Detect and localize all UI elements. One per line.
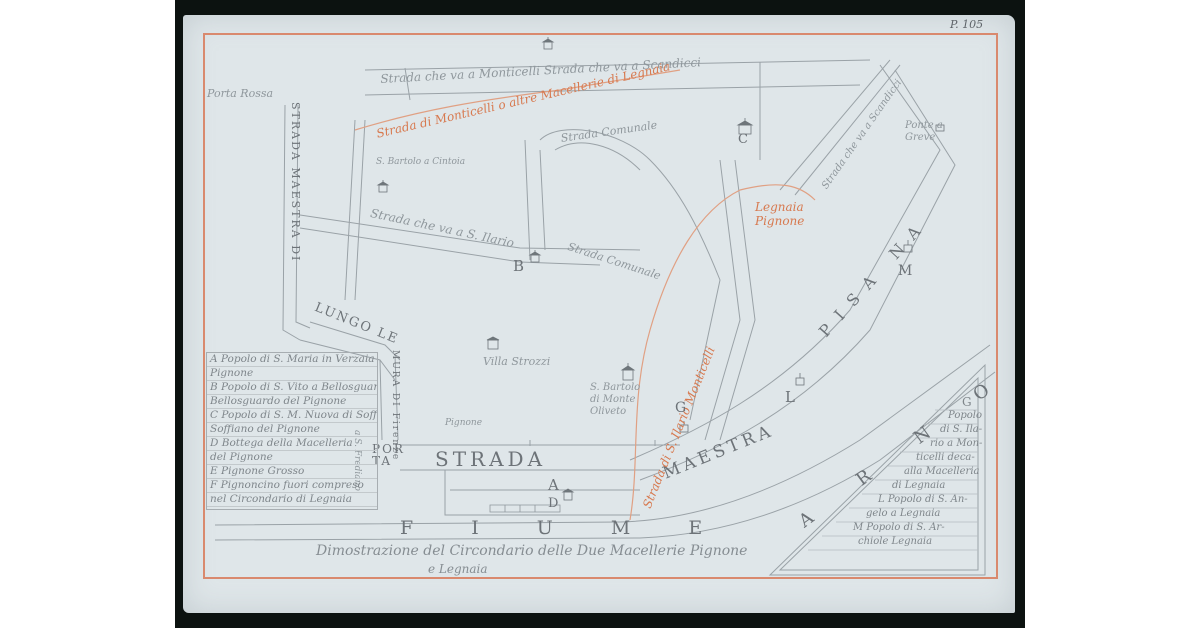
legend-row: chiole Legnaia bbox=[858, 536, 932, 547]
church-icon-b bbox=[530, 250, 540, 262]
map-letter-g: G bbox=[675, 400, 688, 416]
legend-row: G bbox=[962, 395, 972, 409]
label-strada: STRADA bbox=[435, 447, 546, 471]
legend-row: A Popolo di S. Maria in Verzaia del Pign… bbox=[207, 353, 377, 367]
legend-row: di Legnaia bbox=[892, 480, 945, 491]
legend-row: gelo a Legnaia bbox=[866, 508, 940, 519]
legend-row: ticelli deca- bbox=[916, 452, 975, 463]
legend-row: M Popolo di S. Ar- bbox=[853, 522, 945, 533]
label-monte-oliveto: S. Bartolo di Monte Oliveto bbox=[590, 382, 650, 418]
label-fiume: F I U M E bbox=[400, 517, 728, 539]
label-ponte-a-greve: Ponte a Greve bbox=[905, 120, 950, 144]
legend-row: del Pignone bbox=[207, 451, 377, 465]
legend-row: D Bottega della Macelleria bbox=[207, 437, 377, 451]
legend-row: nel Circondario di Legnaia bbox=[207, 493, 377, 507]
legend-row: alla Macelleria bbox=[904, 466, 979, 477]
label-porta-rossa: Porta Rossa bbox=[207, 87, 273, 100]
legend-row: E Pignone Grosso bbox=[207, 465, 377, 479]
map-title-line2: e Legnaia bbox=[428, 562, 488, 576]
church-icon-d bbox=[563, 489, 573, 500]
map-title: Dimostrazione del Circondario delle Due … bbox=[316, 543, 747, 559]
legend-row: rio a Mon- bbox=[930, 438, 982, 449]
church-icon-top bbox=[543, 37, 553, 49]
label-red-legnaia-pignone: Legnaia Pignone bbox=[755, 200, 815, 228]
legend-row: di S. Ila- bbox=[940, 424, 982, 435]
label-strada-maestra-left: STRADA MAESTRA DI bbox=[289, 102, 302, 262]
legend-row: Soffiano del Pignone bbox=[207, 423, 377, 437]
legend-row: L Popolo di S. An- bbox=[878, 494, 968, 505]
legend-row: B Popolo di S. Vito a Bellosguardo del P… bbox=[207, 381, 377, 395]
legend-box-left: A Popolo di S. Maria in Verzaia del Pign… bbox=[206, 352, 378, 510]
map-letter-l: L bbox=[785, 388, 797, 406]
label-s-bartolo: S. Bartolo a Cintoia bbox=[376, 157, 465, 167]
label-villa: Villa Strozzi bbox=[483, 355, 550, 368]
map-letter-m: M bbox=[898, 263, 914, 279]
legend-row: Pignone bbox=[207, 367, 377, 381]
villa-icon bbox=[487, 337, 499, 349]
map-letter-b: B bbox=[513, 257, 526, 275]
legend-row: Popolo bbox=[948, 410, 982, 421]
legend-row: F Pignoncino fuori compreso bbox=[207, 479, 377, 493]
map-letter-d: D bbox=[548, 496, 560, 511]
map-letter-c: C bbox=[738, 132, 750, 147]
map-letter-a: A bbox=[548, 476, 561, 494]
legend-row: C Popolo di S. M. Nuova di Soffiano del … bbox=[207, 409, 377, 423]
legend-row: Bellosguardo del Pignone bbox=[207, 395, 377, 409]
church-icon-l bbox=[796, 373, 804, 385]
church-icon-bartolo bbox=[378, 180, 388, 192]
label-pignone: Pignone bbox=[445, 418, 482, 428]
page-number: P. 105 bbox=[950, 18, 983, 31]
church-icon-oliveto bbox=[622, 363, 634, 380]
